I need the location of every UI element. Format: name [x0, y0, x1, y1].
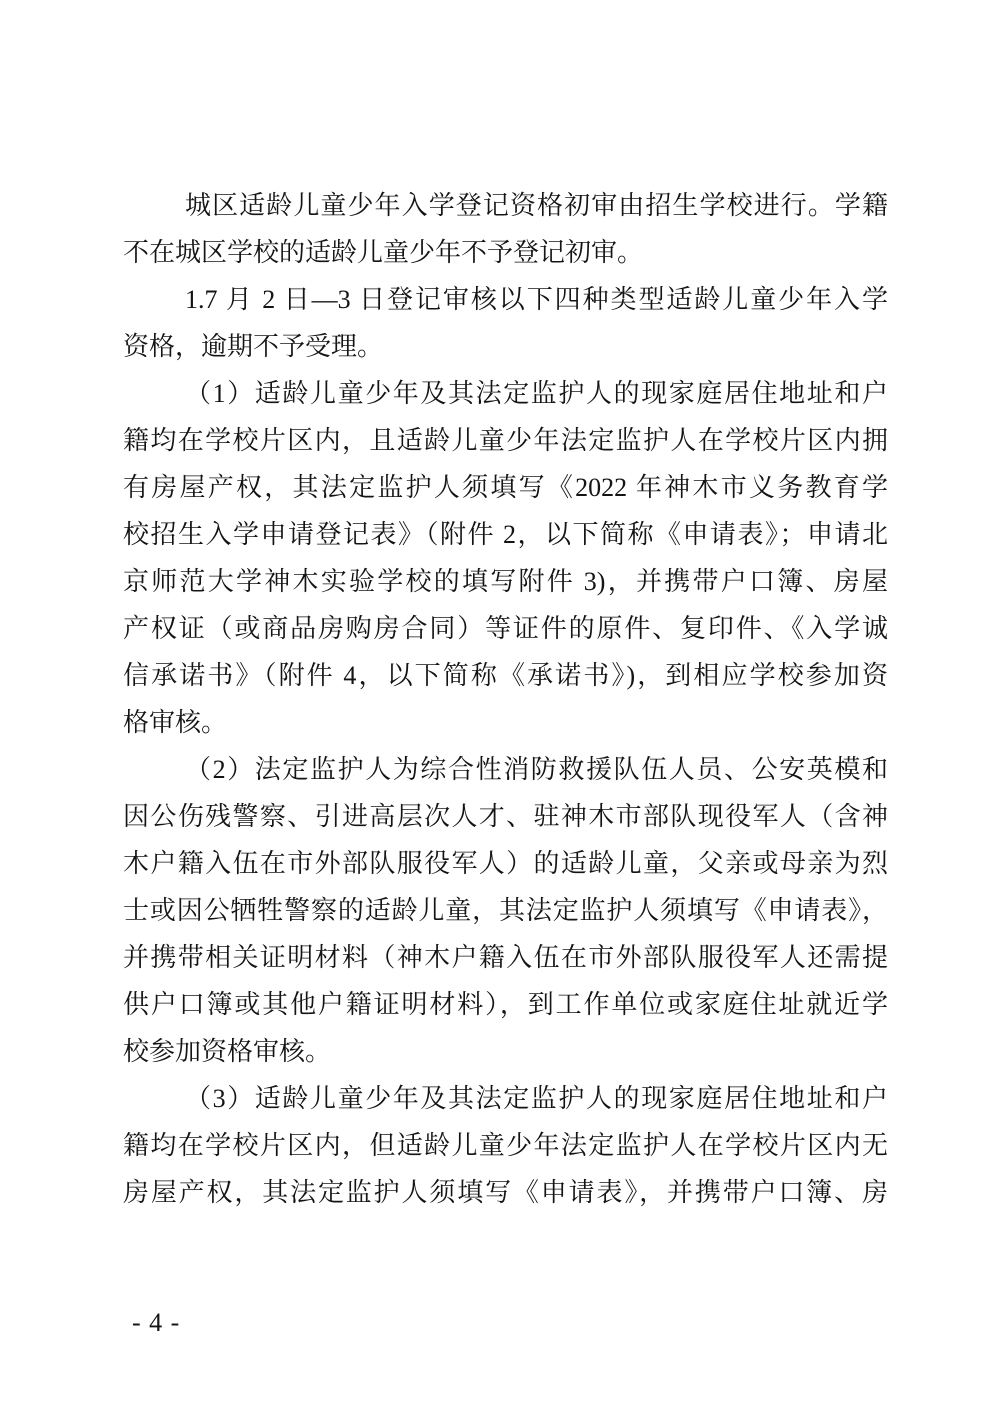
text-line: 木户籍入伍在市外部队服役军人）的适龄儿童，父亲或母亲为烈	[123, 840, 888, 887]
text-line: 籍均在学校片区内，且适龄儿童少年法定监护人在学校片区内拥	[123, 417, 888, 464]
text-line: （2）法定监护人为综合性消防救援队伍人员、公安英模和	[123, 746, 888, 793]
page-number: - 4 -	[132, 1307, 180, 1339]
text-line: 产权证（或商品房购房合同）等证件的原件、复印件、《入学诚	[123, 605, 888, 652]
text-line: 信承诺书》（附件 4，以下简称《承诺书》)，到相应学校参加资	[123, 652, 888, 699]
text-line: 供户口簿或其他户籍证明材料），到工作单位或家庭住址就近学	[123, 981, 888, 1028]
text-line: 房屋产权，其法定监护人须填写《申请表》，并携带户口簿、房	[123, 1169, 888, 1216]
text-line: （3）适龄儿童少年及其法定监护人的现家庭居住地址和户	[123, 1075, 888, 1122]
text-line: 1.7 月 2 日—3 日登记审核以下四种类型适龄儿童少年入学	[123, 276, 888, 323]
document-page: 城区适龄儿童少年入学登记资格初审由招生学校进行。学籍不在城区学校的适龄儿童少年不…	[0, 0, 1000, 1414]
text-line: 京师范大学神木实验学校的填写附件 3)，并携带户口簿、房屋	[123, 558, 888, 605]
text-line: 因公伤残警察、引进高层次人才、驻神木市部队现役军人（含神	[123, 793, 888, 840]
text-line: 并携带相关证明材料（神木户籍入伍在市外部队服役军人还需提	[123, 934, 888, 981]
text-line: 校招生入学申请登记表》（附件 2，以下简称《申请表》；申请北	[123, 511, 888, 558]
text-line: 资格，逾期不予受理。	[123, 323, 888, 370]
text-line: （1）适龄儿童少年及其法定监护人的现家庭居住地址和户	[123, 370, 888, 417]
text-line: 士或因公牺牲警察的适龄儿童，其法定监护人须填写《申请表》，	[123, 887, 888, 934]
text-line: 格审核。	[123, 699, 888, 746]
text-line: 城区适龄儿童少年入学登记资格初审由招生学校进行。学籍	[123, 182, 888, 229]
document-body: 城区适龄儿童少年入学登记资格初审由招生学校进行。学籍不在城区学校的适龄儿童少年不…	[123, 182, 888, 1216]
text-line: 校参加资格审核。	[123, 1028, 888, 1075]
text-line: 有房屋产权，其法定监护人须填写《2022 年神木市义务教育学	[123, 464, 888, 511]
text-line: 籍均在学校片区内，但适龄儿童少年法定监护人在学校片区内无	[123, 1122, 888, 1169]
text-line: 不在城区学校的适龄儿童少年不予登记初审。	[123, 229, 888, 276]
